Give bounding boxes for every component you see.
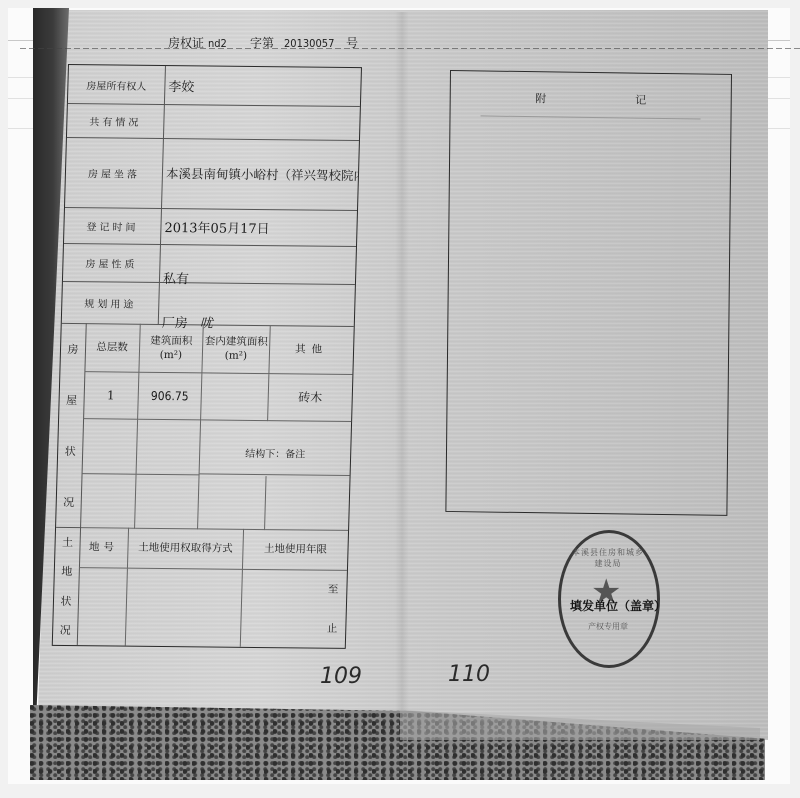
cell-inner-area xyxy=(201,373,269,421)
cert-prefix: nd2 xyxy=(208,37,227,50)
annex-title-char: 记 xyxy=(635,92,646,108)
col-header-land-number: 地号 xyxy=(79,527,129,569)
side-char: 况 xyxy=(59,622,70,638)
row-location: 房屋坐落 本溪县南甸镇小峪村（祥兴驾校院内 xyxy=(65,137,359,211)
hao-label: 号 xyxy=(346,34,358,51)
cell-empty xyxy=(135,475,200,530)
cell-empty xyxy=(137,420,202,476)
header-dotted-line xyxy=(20,48,800,49)
annex-box: 附 记 xyxy=(445,70,732,516)
cell-remark: 结构下：备注 xyxy=(200,420,352,476)
col-header-other: 其他 xyxy=(269,325,353,375)
col-header-land-term: 土地使用年限 xyxy=(243,529,348,571)
annex-title: 附 记 xyxy=(451,89,731,109)
cell-empty xyxy=(82,419,139,475)
page-number-right: 110 xyxy=(448,662,490,687)
registration-date-label: 登记时间 xyxy=(64,207,162,244)
row-registration-date: 登记时间 2013年05月17日 xyxy=(64,207,357,247)
cell-structure: 砖木 xyxy=(268,374,352,422)
co-ownership-value xyxy=(167,104,360,140)
term-to: 止 xyxy=(327,621,338,635)
row-property-nature: 房屋性质 私有 xyxy=(63,243,356,285)
row-co-ownership: 共有情况 xyxy=(67,103,360,141)
col-header-inner-area: 套内建筑面积 (m²) xyxy=(202,324,270,374)
col-header-building-area: 建筑面积 (m²) xyxy=(139,324,203,374)
cert-label: 房权证 xyxy=(168,34,204,51)
cell-building-area: 906.75 xyxy=(138,373,202,421)
seal-issuer-text: 本溪县住房和城乡建设局 xyxy=(571,547,645,569)
side-char: 况 xyxy=(63,493,74,509)
col-header-floors: 总层数 xyxy=(84,323,140,373)
location-value: 本溪县南甸镇小峪村（祥兴驾校院内 xyxy=(165,138,359,210)
issuing-unit-label: 填发单位（盖章） xyxy=(570,597,666,614)
side-char: 土 xyxy=(62,534,73,550)
registration-date-value: 2013年05月17日 xyxy=(164,208,357,246)
zi-di-label: 字第 xyxy=(250,34,274,51)
side-char: 状 xyxy=(64,442,75,458)
side-char: 状 xyxy=(60,593,71,609)
annex-title-char: 附 xyxy=(535,90,546,106)
row-owner: 房屋所有权人 李姣 xyxy=(68,65,361,107)
cell-land-term: 至 止 xyxy=(241,570,347,648)
owner-value: 李姣 xyxy=(168,66,361,106)
row-planned-use: 规划用途 厂房 㕱 xyxy=(62,281,355,327)
cell-empty xyxy=(265,476,350,531)
cell-empty xyxy=(198,475,267,530)
term-from: 至 xyxy=(328,583,339,597)
certificate-header: 房权证 nd2 字第 20130057 号 xyxy=(90,34,390,54)
property-nature-label: 房屋性质 xyxy=(63,243,161,282)
col-header-acquisition-method: 土地使用权取得方式 xyxy=(128,528,244,570)
property-info-table: 房屋所有权人 李姣 共有情况 房屋坐落 本溪县南甸镇小峪村（祥兴驾校院内 登记时… xyxy=(52,64,362,649)
cell-floors: 1 xyxy=(83,372,139,420)
side-char: 屋 xyxy=(66,391,77,407)
cell-empty xyxy=(80,474,137,529)
seal-purpose-text: 产权专用章 xyxy=(575,621,641,632)
annex-faint-line xyxy=(481,115,701,119)
co-ownership-label: 共有情况 xyxy=(67,103,165,138)
cell-land-number xyxy=(77,568,128,645)
planned-use-label: 规划用途 xyxy=(62,281,160,324)
location-label: 房屋坐落 xyxy=(65,137,164,208)
cell-acquisition-method xyxy=(126,569,243,647)
side-char: 地 xyxy=(61,563,72,579)
owner-label: 房屋所有权人 xyxy=(68,65,166,104)
cert-number: 20130057 xyxy=(284,37,334,50)
booklet-gutter xyxy=(395,12,409,712)
side-char: 房 xyxy=(67,340,78,356)
page-number-left: 109 xyxy=(320,664,362,689)
